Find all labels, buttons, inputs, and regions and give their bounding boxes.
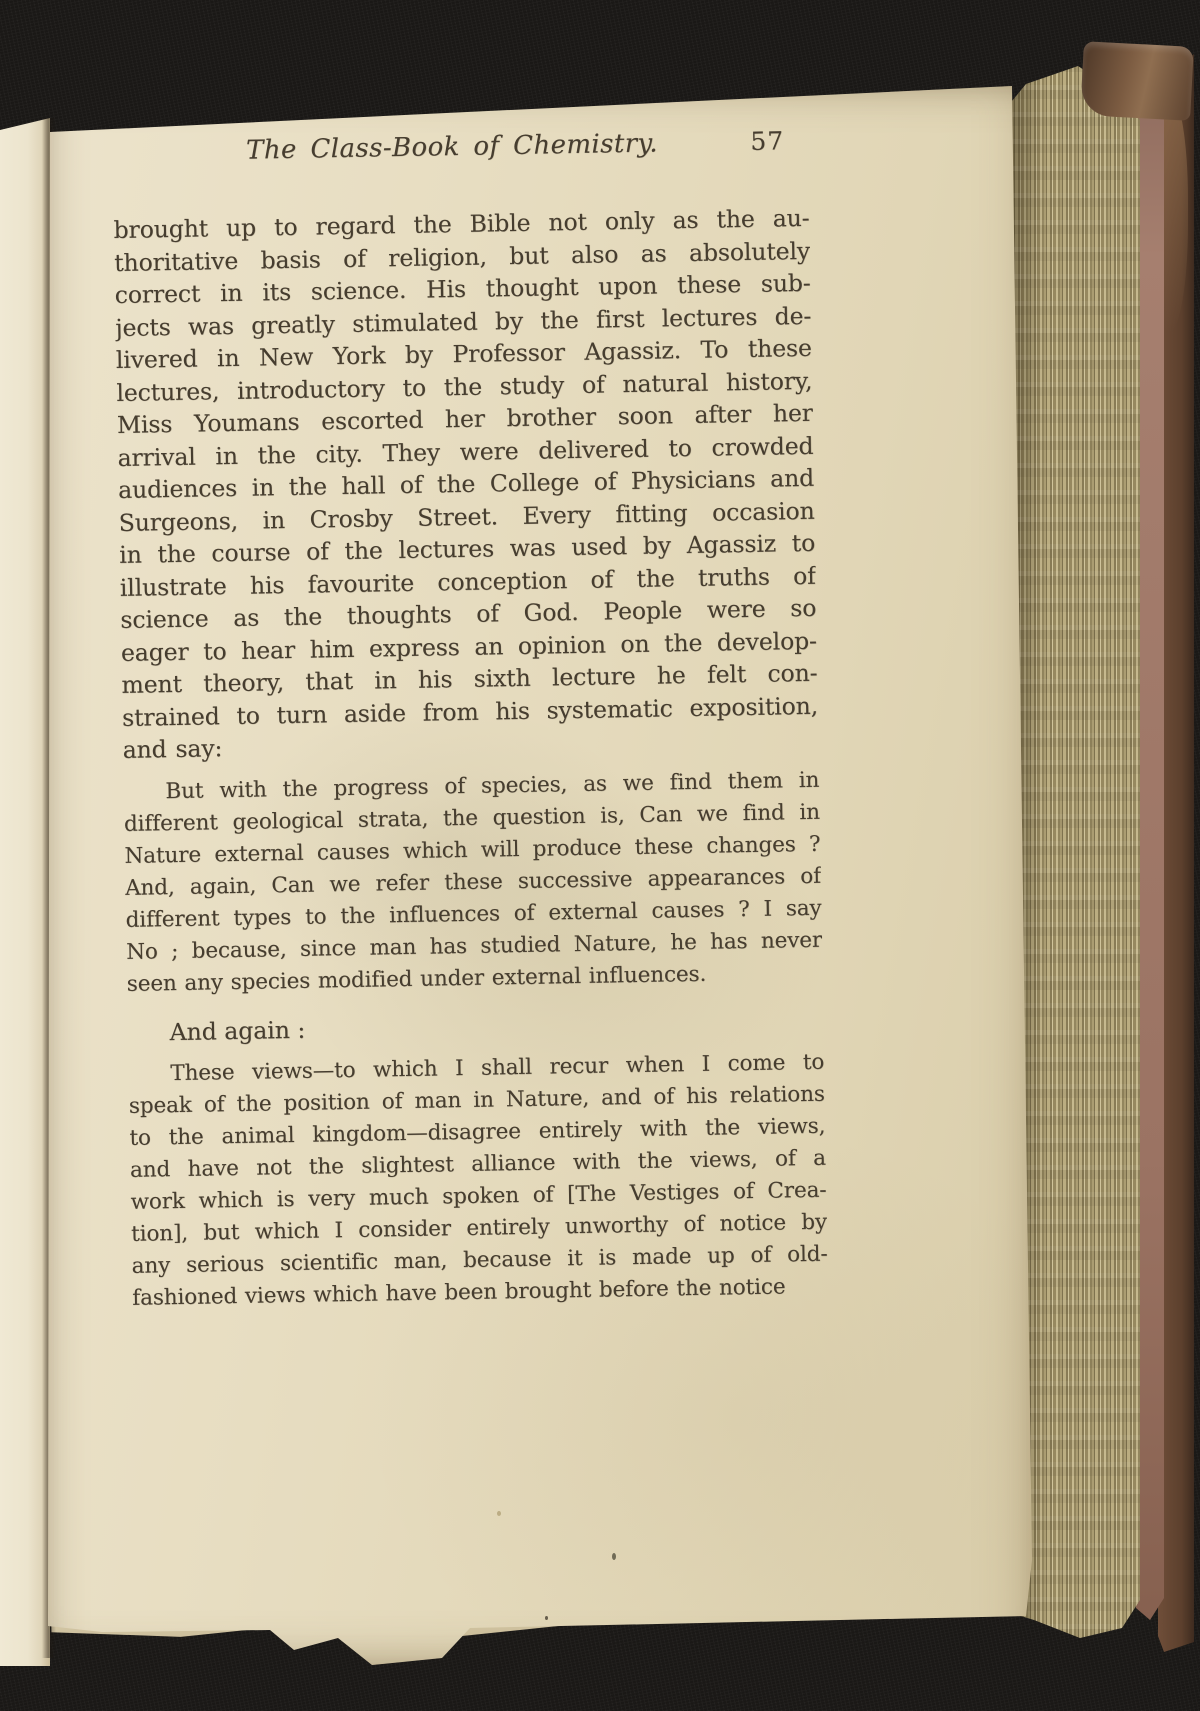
dust-speck <box>497 1511 501 1516</box>
interjection-and-again: And again : <box>127 1004 823 1049</box>
blockquote-agassiz-2: These views—to which I shall recur when … <box>128 1047 828 1315</box>
paragraph-main: brought up to regard the Bible not only … <box>113 202 819 767</box>
page-title: The Class-Book of Chemistry. <box>246 128 658 165</box>
dust-speck <box>545 1616 548 1620</box>
book-page: The Class-Book of Chemistry. 57 brought … <box>40 80 1040 1670</box>
blockquote-agassiz-1: But with the progress of species, as we … <box>123 764 823 1000</box>
page-number: 57 <box>750 126 784 156</box>
dust-speck <box>612 1553 616 1560</box>
cover-lining-strip <box>1136 68 1164 1628</box>
cover-top-corner <box>1080 41 1194 121</box>
book-scan-photo: The Class-Book of Chemistry. 57 brought … <box>0 0 1200 1711</box>
page-text: The Class-Book of Chemistry. 57 brought … <box>112 126 828 1315</box>
